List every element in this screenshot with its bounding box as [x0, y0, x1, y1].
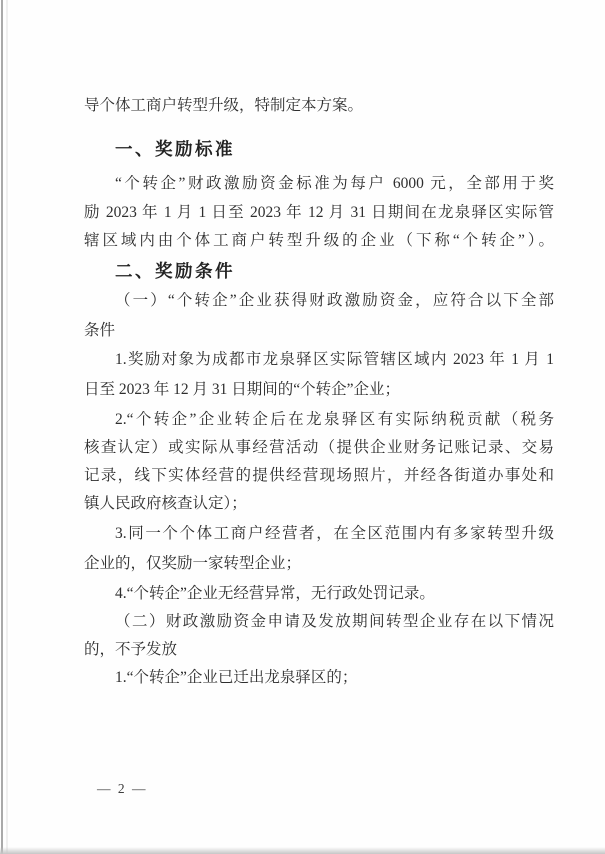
- doc-line: 3.同一个个体工商户经营者，在全区范围内有多家转型升级: [84, 523, 554, 544]
- doc-line: 核查认定）或实际从事经营活动（提供企业财务记账记录、交易: [84, 437, 554, 458]
- doc-line: 2.“个转企”企业转企后在龙泉驿区有实际纳税贡献（税务: [84, 409, 554, 430]
- scan-left-edge-line: [1, 0, 3, 854]
- page-number: — 2 —: [97, 781, 148, 797]
- doc-line-intro: 导个体工商户转型升级，特制定本方案。: [84, 95, 554, 116]
- doc-line: （二）财政激励资金申请及发放期间转型企业存在以下情况: [84, 611, 554, 632]
- doc-line: 励 2023 年 1 月 1 日至 2023 年 12 月 31 日期间在龙泉驿…: [84, 202, 554, 223]
- doc-line: （一）“个转企”企业获得财政激励资金，应符合以下全部: [84, 290, 554, 311]
- heading-section-1-reward-standard: 一、奖励标准: [84, 139, 554, 160]
- doc-line: 记录，线下实体经营的提供经营现场照片，并经各街道办事处和: [84, 465, 554, 486]
- doc-line: 4.“个转企”企业无经营异常，无行政处罚记录。: [84, 583, 554, 604]
- doc-line: 1.“个转企”企业已迁出龙泉驿区的；: [84, 667, 554, 688]
- doc-line: 辖区域内由个体工商户转型升级的企业（下称“个转企”）。: [84, 230, 554, 251]
- doc-line: 企业的，仅奖励一家转型企业；: [84, 553, 554, 574]
- doc-line: 1.奖励对象为成都市龙泉驿区实际管辖区域内 2023 年 1 月 1: [84, 349, 554, 370]
- doc-line: “个转企”财政激励资金标准为每户 6000 元，全部用于奖: [84, 173, 554, 194]
- doc-line: 镇人民政府核查认定）；: [84, 493, 554, 514]
- scanned-document-page: 导个体工商户转型升级，特制定本方案。 一、奖励标准 “个转企”财政激励资金标准为…: [0, 0, 605, 854]
- doc-line: 的，不予发放: [84, 639, 554, 660]
- scan-bottom-edge-shadow: [0, 847, 605, 854]
- scan-left-edge-highlight: [6, 0, 8, 854]
- heading-section-2-reward-conditions: 二、奖励条件: [84, 261, 554, 282]
- doc-line: 条件: [84, 320, 554, 341]
- doc-line: 日至 2023 年 12 月 31 日期间的“个转企”企业；: [84, 379, 554, 400]
